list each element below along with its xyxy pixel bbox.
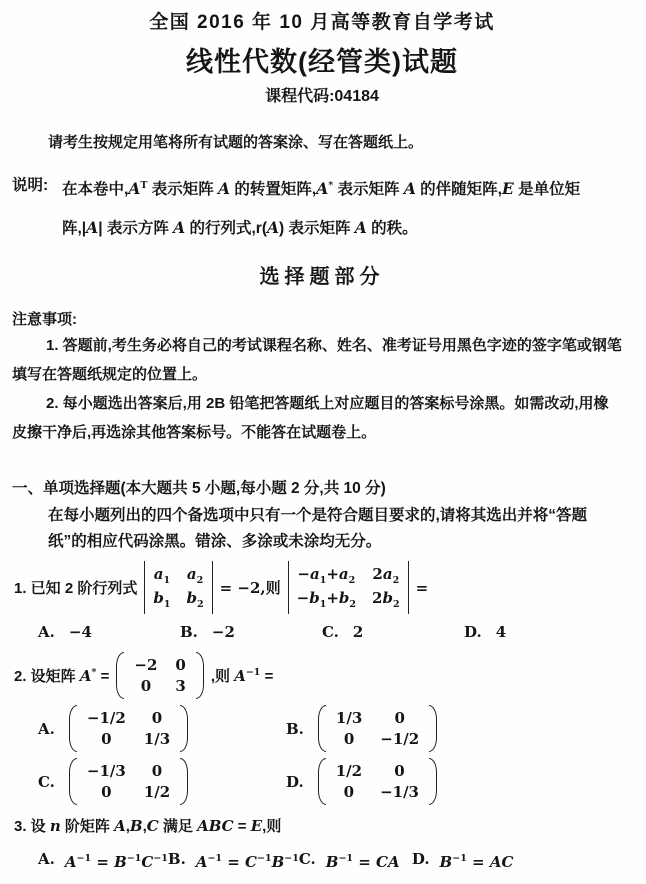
- question-3-stem: 3. 设 n 阶矩阵 A,B,C 满足 ABC = E,则: [14, 815, 632, 838]
- matrix-paren-left: [318, 758, 326, 805]
- matrix-paren-left: [69, 705, 77, 752]
- option-label: D.: [286, 773, 304, 791]
- option-label: B.: [286, 720, 304, 738]
- matrix-cell: 0: [87, 783, 126, 801]
- matrix-cell: 0: [134, 677, 157, 695]
- determinant: −a1+a2 2a2 −b1+b2 2b2: [288, 561, 409, 614]
- matrix-cell: 0: [380, 709, 419, 727]
- det-cell: a2: [186, 565, 203, 586]
- question-1-mid: = −2,则: [220, 577, 281, 598]
- option-expr: B−1 = AC: [440, 848, 514, 873]
- option-b: B. A−1 = C−1B−1: [168, 848, 299, 873]
- exam-session-title: 全国 2016 年 10 月高等教育自学考试: [12, 10, 632, 36]
- question-2-text: 2. 设矩阵 A* =: [14, 665, 109, 686]
- option-label: A.: [38, 720, 55, 738]
- notes-title: 注意事项:: [12, 309, 632, 331]
- option-value: −2: [212, 622, 235, 642]
- det-cell: a1: [153, 565, 170, 586]
- option-expr: A−1 = C−1B−1: [196, 848, 299, 873]
- part1-instruction-line: 纸”的相应代码涂黑。错涂、多涂或未涂均无分。: [48, 533, 381, 550]
- option-label: D.: [464, 622, 482, 642]
- note-line: 填写在答题纸规定的位置上。: [12, 360, 632, 389]
- matrix-cell: 0: [87, 730, 126, 748]
- notation-remark: 说明: 在本卷中,AT 表示矩阵 A 的转置矩阵,A* 表示矩阵 A 的伴随矩阵…: [12, 167, 632, 248]
- determinant: a1 a2 b1 b2: [144, 561, 212, 614]
- option-expr: A−1 = B−1C−1: [65, 848, 168, 873]
- matrix-cell: −2: [134, 656, 157, 674]
- option-value: 2: [353, 622, 363, 642]
- det-cell: b1: [153, 589, 170, 610]
- question-1-equals: =: [416, 579, 429, 597]
- matrix-cell: 0: [144, 762, 170, 780]
- det-cell: −a1+a2: [297, 565, 356, 586]
- option-d: D. 4: [464, 622, 606, 642]
- matrix-cell: 0: [336, 730, 362, 748]
- matrix-cell: −1/2: [87, 709, 126, 727]
- note-line: 1. 答题前,考生务必将自己的考试课程名称、姓名、准考证号用黑色字迹的签字笔或钢…: [12, 331, 632, 360]
- matrix-paren-right: [180, 758, 188, 805]
- matrix: −1/2 0 0 1/3: [69, 705, 188, 752]
- option-b: B. −2: [180, 622, 322, 642]
- section-title: 选择题部分: [12, 262, 632, 292]
- option-a: A. −4: [38, 622, 180, 642]
- question-1-stem: 1. 已知 2 阶行列式 a1 a2 b1 b2 = −2,则 −a1+a2 2…: [14, 561, 632, 614]
- note-item-1: 1. 答题前,考生务必将自己的考试课程名称、姓名、准考证号用黑色字迹的签字笔或钢…: [12, 331, 632, 389]
- option-label: A.: [38, 848, 55, 873]
- det-cell: b2: [186, 589, 203, 610]
- part1-instruction-line: 在每小题列出的四个备选项中只有一个是符合题目要求的,请将其选出并将“答题: [48, 507, 587, 524]
- matrix-paren-right: [196, 652, 204, 699]
- matrix-cell: 3: [175, 677, 185, 695]
- option-c: C. −1/3 0 0 1/2: [38, 758, 286, 805]
- question-2-options: A. −1/2 0 0 1/3 B. 1/3 0 0 −1: [38, 705, 632, 805]
- note-line: 皮擦干净后,再选涂其他答案标号。不能答在试题卷上。: [12, 418, 632, 447]
- page-title: 线性代数(经管类)试题: [12, 44, 632, 80]
- matrix-cell: −1/3: [380, 783, 419, 801]
- matrix-cell: 0: [380, 762, 419, 780]
- matrix-paren-right: [429, 758, 437, 805]
- matrix: −1/3 0 0 1/2: [69, 758, 188, 805]
- note-item-2: 2. 每小题选出答案后,用 2B 铅笔把答题纸上对应题目的答案标号涂黑。如需改动…: [12, 389, 632, 447]
- option-d: D. 1/2 0 0 −1/3: [286, 758, 632, 805]
- det-cell: 2a2: [372, 565, 400, 586]
- option-label: B.: [180, 622, 198, 642]
- option-label: C.: [38, 773, 55, 791]
- matrix-cell: 0: [336, 783, 362, 801]
- question-2-text: ,则 A−1 =: [211, 665, 274, 686]
- exam-paper-page: 全国 2016 年 10 月高等教育自学考试 线性代数(经管类)试题 课程代码:…: [0, 0, 646, 884]
- matrix-paren-left: [318, 705, 326, 752]
- matrix-paren-left: [116, 652, 124, 699]
- matrix: 1/3 0 0 −1/2: [318, 705, 437, 752]
- option-label: C.: [322, 622, 339, 642]
- option-value: 4: [496, 622, 506, 642]
- matrix-cell: 1/2: [336, 762, 362, 780]
- matrix: −2 0 0 3: [116, 652, 203, 699]
- answer-sheet-notice: 请考生按规定用笔将所有试题的答案涂、写在答题纸上。: [48, 132, 632, 153]
- option-b: B. 1/3 0 0 −1/2: [286, 705, 632, 752]
- matrix-cell: 1/3: [336, 709, 362, 727]
- part1-instruction: 在每小题列出的四个备选项中只有一个是符合题目要求的,请将其选出并将“答题 纸”的…: [48, 503, 632, 555]
- det-cell: −b1+b2: [297, 589, 356, 610]
- option-value: −4: [69, 622, 92, 642]
- option-a: A. −1/2 0 0 1/3: [38, 705, 286, 752]
- remark-line: 阵,|A| 表示方阵 A 的行列式,r(A) 表示矩阵 A 的秩。: [62, 220, 418, 237]
- option-d: D. B−1 = AC: [412, 848, 525, 873]
- remark-label: 说明:: [12, 167, 62, 248]
- option-a: A. A−1 = B−1C−1: [38, 848, 168, 873]
- remark-body: 在本卷中,AT 表示矩阵 A 的转置矩阵,A* 表示矩阵 A 的伴随矩阵,E 是…: [62, 167, 632, 248]
- matrix-cell: 0: [175, 656, 185, 674]
- option-label: C.: [299, 848, 316, 873]
- option-label: A.: [38, 622, 55, 642]
- matrix: 1/2 0 0 −1/3: [318, 758, 437, 805]
- remark-line: 在本卷中,AT 表示矩阵 A 的转置矩阵,A* 表示矩阵 A 的伴随矩阵,E 是…: [62, 181, 580, 198]
- note-line: 2. 每小题选出答案后,用 2B 铅笔把答题纸上对应题目的答案标号涂黑。如需改动…: [12, 389, 632, 418]
- question-1-options: A. −4 B. −2 C. 2 D. 4: [38, 622, 632, 642]
- option-label: D.: [412, 848, 430, 873]
- question-3-options: A. A−1 = B−1C−1 B. A−1 = C−1B−1 C. B−1 =…: [38, 848, 632, 873]
- option-c: C. 2: [322, 622, 464, 642]
- part1-heading: 一、单项选择题(本大题共 5 小题,每小题 2 分,共 10 分): [12, 477, 632, 501]
- matrix-cell: −1/2: [380, 730, 419, 748]
- option-label: B.: [168, 848, 186, 873]
- matrix-cell: 1/3: [144, 730, 170, 748]
- question-1-text: 1. 已知 2 阶行列式: [14, 577, 137, 598]
- matrix-cell: 1/2: [144, 783, 170, 801]
- det-cell: 2b2: [372, 589, 400, 610]
- option-c: C. B−1 = CA: [299, 848, 412, 873]
- matrix-paren-right: [429, 705, 437, 752]
- question-2-stem: 2. 设矩阵 A* = −2 0 0 3 ,则 A−1 =: [14, 652, 632, 699]
- course-code: 课程代码:04184: [12, 86, 632, 108]
- matrix-cell: −1/3: [87, 762, 126, 780]
- matrix-cell: 0: [144, 709, 170, 727]
- matrix-paren-left: [69, 758, 77, 805]
- option-expr: B−1 = CA: [326, 848, 400, 873]
- matrix-paren-right: [180, 705, 188, 752]
